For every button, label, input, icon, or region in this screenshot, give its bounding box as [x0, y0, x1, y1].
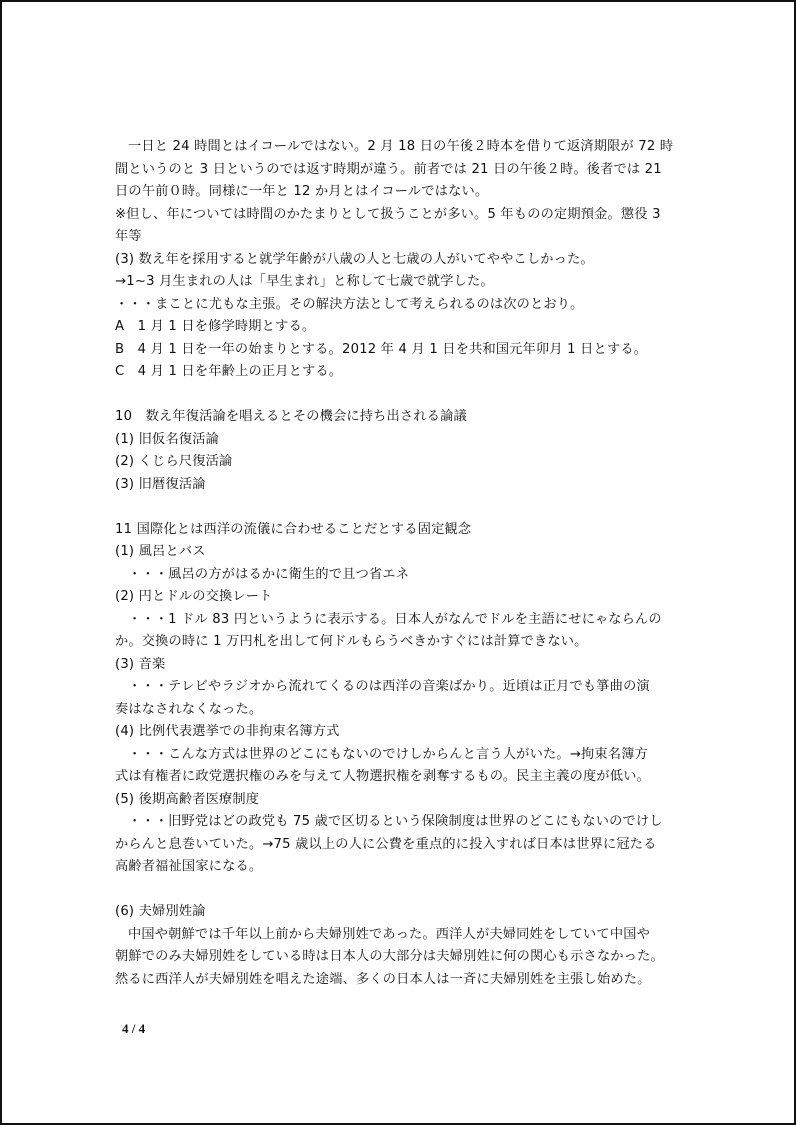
- document-page: 一日と 24 時間とはイコールではない。2 月 18 日の午後２時本を借りて返済…: [0, 0, 796, 1125]
- text-line: ・・・こんな方式は世界のどこにもないのでけしからんと言う人がいた。→拘束名簿方: [115, 744, 695, 767]
- text-line: 中国や朝鮮では千年以上前から夫婦別姓であった。西洋人が夫婦同姓をしていて中国や: [115, 924, 695, 947]
- text-line: ※但し、年については時間のかたまりとして扱うことが多い。5 年ものの定期預金。懲…: [115, 204, 695, 227]
- text-line: (6) 夫婦別姓論: [115, 901, 695, 924]
- text-line: 11 国際化とは西洋の流儀に合わせることだとする固定観念: [115, 519, 695, 542]
- text-line: (1) 風呂とバス: [115, 541, 695, 564]
- text-line: ・・・テレビやラジオから流れてくるのは西洋の音楽ばかり。近頃は正月でも箏曲の演: [115, 676, 695, 699]
- text-line: ・・・風呂の方がはるかに衛生的で且つ省エネ: [115, 564, 695, 587]
- text-line: (3) 旧暦復活論: [115, 474, 695, 497]
- text-line: →1~3 月生まれの人は「早生まれ」と称して七歳で就学した。: [115, 271, 695, 294]
- blank-line: [115, 384, 695, 407]
- text-line: 奏はなされなくなった。: [115, 699, 695, 722]
- text-line: 高齢者福祉国家になる。: [115, 856, 695, 879]
- text-line: (4) 比例代表選挙での非拘束名簿方式: [115, 721, 695, 744]
- text-line: 間というのと 3 日というのでは返す時期が違う。前者では 21 日の午後２時。後…: [115, 159, 695, 182]
- text-line: ・・・1 ドル 83 円というように表示する。日本人がなんでドルを主語にせにゃな…: [115, 609, 695, 632]
- text-line: (2) くじら尺復活論: [115, 451, 695, 474]
- text-line: (2) 円とドルの交換レート: [115, 586, 695, 609]
- text-line: 朝鮮でのみ夫婦別姓をしている時は日本人の大部分は夫婦別姓に何の関心も示さなかった…: [115, 946, 695, 969]
- text-line: 然るに西洋人が夫婦別姓を唱えた途端、多くの日本人は一斉に夫婦別姓を主張し始めた。: [115, 969, 695, 992]
- text-line: (3) 音楽: [115, 654, 695, 677]
- text-line: 10 数え年復活論を唱えるとその機会に持ち出される論議: [115, 406, 695, 429]
- blank-line: [115, 879, 695, 902]
- text-line: A 1 月 1 日を修学時期とする。: [115, 316, 695, 339]
- text-line: 式は有権者に政党選択権のみを与えて人物選択権を剥奪するもの。民主主義の度が低い。: [115, 766, 695, 789]
- text-line: か。交換の時に 1 万円札を出して何ドルもらうべきかすぐには計算できない。: [115, 631, 695, 654]
- blank-line: [115, 496, 695, 519]
- text-line: (1) 旧仮名復活論: [115, 429, 695, 452]
- text-line: 日の午前０時。同様に一年と 12 か月とはイコールではない。: [115, 181, 695, 204]
- text-line: からんと息巻いていた。→75 歳以上の人に公費を重点的に投入すれば日本は世界に冠…: [115, 834, 695, 857]
- text-line: C 4 月 1 日を年齢上の正月とする。: [115, 361, 695, 384]
- text-line: 年等: [115, 226, 695, 249]
- text-line: (3) 数え年を採用すると就学年齢が八歳の人と七歳の人がいてややこしかった。: [115, 249, 695, 272]
- text-line: (5) 後期高齢者医療制度: [115, 789, 695, 812]
- text-line: ・・・旧野党はどの政党も 75 歳で区切るという保険制度は世界のどこにもないので…: [115, 811, 695, 834]
- text-line: ・・・まことに尤もな主張。その解決方法として考えられるのは次のとおり。: [115, 294, 695, 317]
- page-number: 4 / 4: [122, 1021, 145, 1037]
- document-body: 一日と 24 時間とはイコールではない。2 月 18 日の午後２時本を借りて返済…: [115, 136, 695, 991]
- text-line: B 4 月 1 日を一年の始まりとする。2012 年 4 月 1 日を共和国元年…: [115, 339, 695, 362]
- text-line: 一日と 24 時間とはイコールではない。2 月 18 日の午後２時本を借りて返済…: [115, 136, 695, 159]
